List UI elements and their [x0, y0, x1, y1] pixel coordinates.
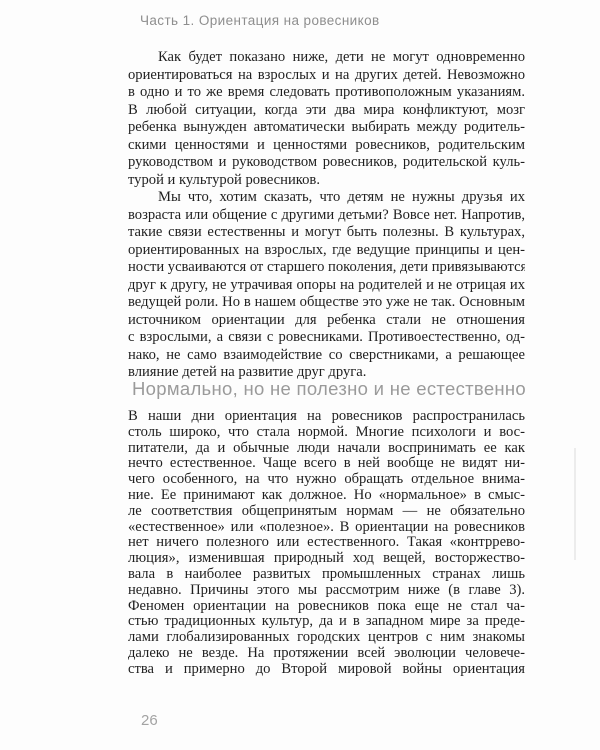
- text-line: В любой ситуации, когда эти два мира кон…: [128, 102, 525, 120]
- text-line: скими ценностями и ценностями ровесников…: [128, 137, 525, 155]
- text-line: лами глобализированных городских центров…: [128, 630, 525, 646]
- text-line: ориентироваться на взрослых и на других …: [128, 67, 525, 85]
- text-line: Как будет показано ниже, дети не могут о…: [128, 49, 525, 67]
- text-line: нет ничего полезного или естественного. …: [128, 535, 525, 551]
- page-scan-artifact: [574, 448, 576, 560]
- text-line: ние. Ее принимают как должное. Но «норма…: [128, 488, 525, 504]
- text-line: с взрослыми, а связи с ровесниками. Прот…: [128, 329, 525, 347]
- text-line: ведущей роли. Но в нашем обществе это уж…: [128, 294, 525, 312]
- body-text-block-1: Как будет показано ниже, дети не могут о…: [128, 49, 525, 382]
- page-number: 26: [141, 712, 158, 729]
- text-line: друг к другу, не утрачивая опоры на роди…: [128, 277, 525, 295]
- text-line: ориентированных на взрослых, где ведущие…: [128, 242, 525, 260]
- text-line: ства и примерно до Второй мировой войны …: [128, 662, 525, 678]
- text-line: нако, не само взаимодействие со сверстни…: [128, 347, 525, 365]
- section-heading: Нормально, но не полезно и не естественн…: [132, 378, 526, 400]
- text-line: ности усваиваются от старшего поколения,…: [128, 259, 525, 277]
- text-line: столь широко, что стала нормой. Многие п…: [128, 425, 525, 441]
- running-header: Часть 1. Ориентация на ровесников: [140, 13, 380, 28]
- text-line: нечто естественное. Чаще всего в ней воо…: [128, 456, 525, 472]
- text-line: питатели, да и обычные люди начали воспр…: [128, 441, 525, 457]
- text-line: вала в наиболее развитых промышленных ст…: [128, 567, 525, 583]
- text-line: возраста или общение с другими детьми? В…: [128, 207, 525, 225]
- text-line: стью традиционных культур, да и в западн…: [128, 614, 525, 630]
- text-line: такие связи естественны и могут быть пол…: [128, 224, 525, 242]
- text-line: Мы что, хотим сказать, что детям не нужн…: [128, 189, 525, 207]
- text-line: турой и культурой ровесников.: [128, 172, 525, 190]
- text-line: ле соответствия общепринятым нормам — не…: [128, 504, 525, 520]
- text-line: в одно и то же время следовать противопо…: [128, 84, 525, 102]
- text-line: источником ориентации для ребенка стали …: [128, 312, 525, 330]
- text-line: недавно. Причины этого мы рассмотрим ниж…: [128, 583, 525, 599]
- text-line: «естественное» или «полезное». В ориента…: [128, 520, 525, 536]
- text-line: В наши дни ориентация на ровесников расп…: [128, 409, 525, 425]
- book-page: Часть 1. Ориентация на ровесников Как бу…: [0, 0, 600, 750]
- text-line: Феномен ориентации на ровесников пока ещ…: [128, 599, 525, 615]
- text-line: люция», изменившая природный ход вещей, …: [128, 551, 525, 567]
- text-line: ребенка вынужден автоматически выбирать …: [128, 119, 525, 137]
- body-text-block-2: В наши дни ориентация на ровесников расп…: [128, 409, 525, 678]
- text-line: чего особенного, на что нужно обращать о…: [128, 472, 525, 488]
- text-line: далеко не везде. На протяжении всей эвол…: [128, 646, 525, 662]
- text-line: руководством и руководством ровесников, …: [128, 154, 525, 172]
